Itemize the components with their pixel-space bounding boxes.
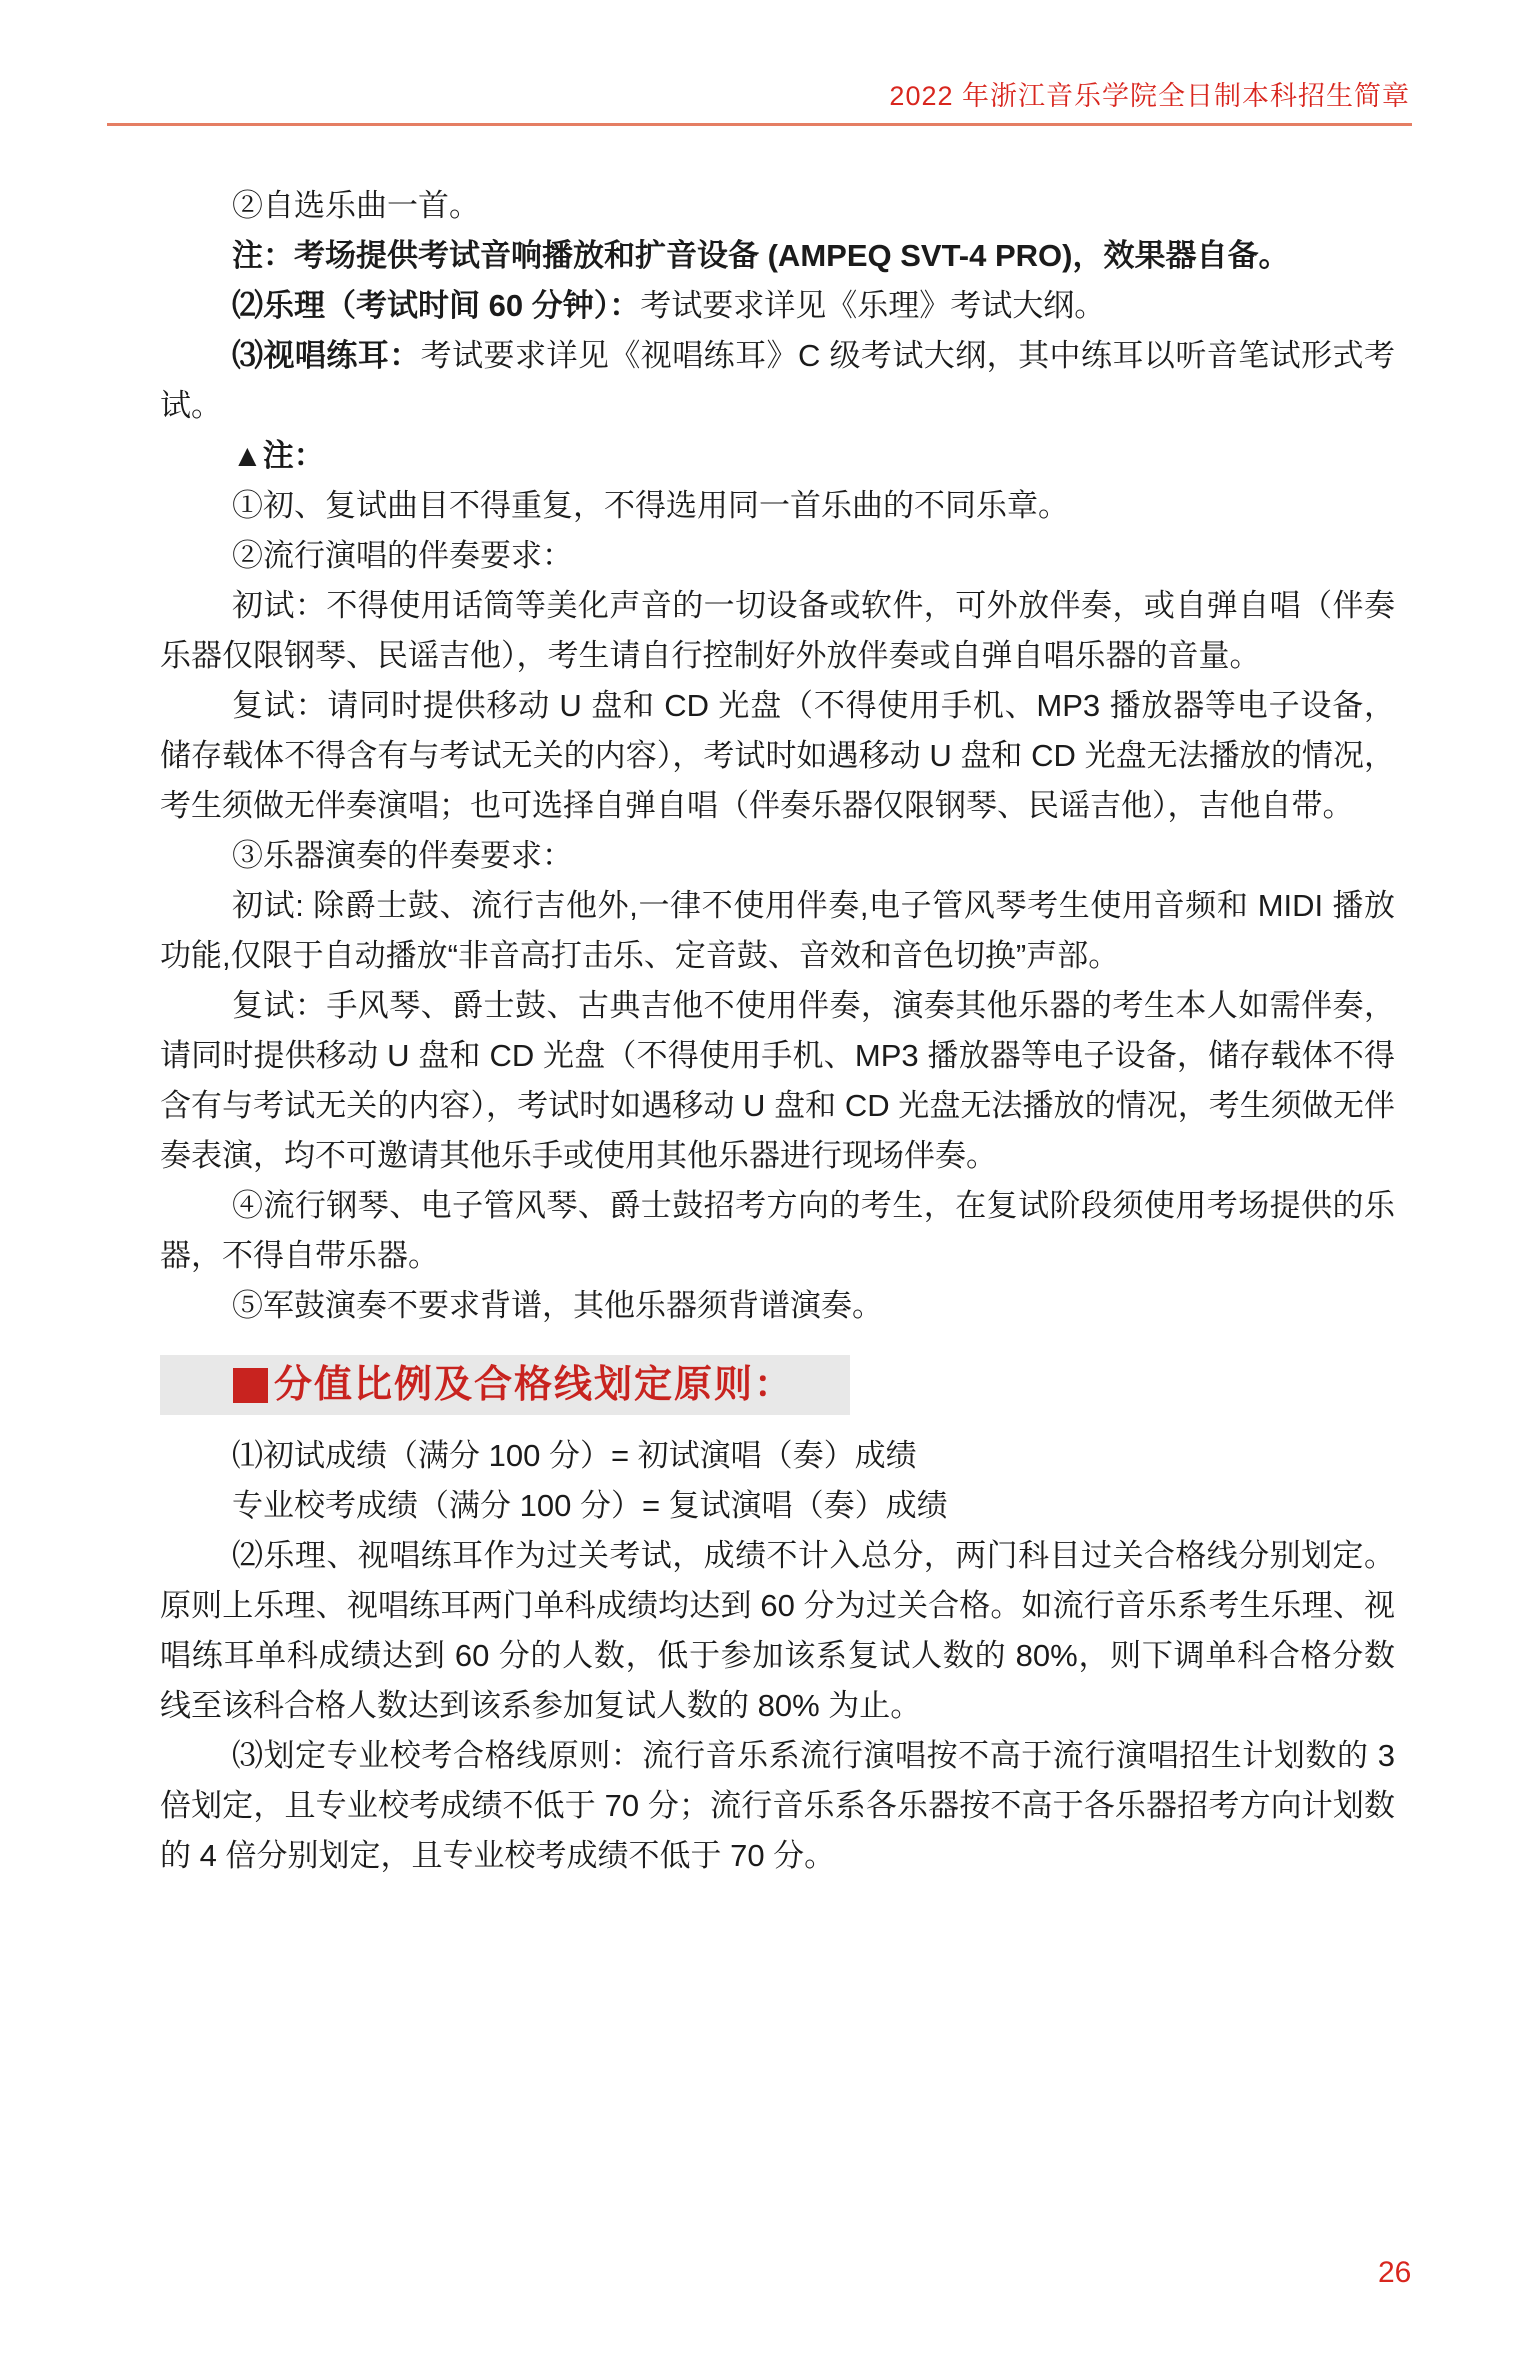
- page-header-title: 2022 年浙江音乐学院全日制本科招生简章: [889, 74, 1410, 113]
- document-body: ②自选乐曲一首。 注：考场提供考试音响播放和扩音设备 (AMPEQ SVT-4 …: [160, 181, 1395, 1881]
- paragraph: ⑶视唱练耳：考试要求详见《视唱练耳》C 级考试大纲，其中练耳以听音笔试形式考试。: [160, 331, 1395, 431]
- section-body: ⑴初试成绩（满分 100 分）= 初试演唱（奏）成绩 专业校考成绩（满分 100…: [160, 1431, 1395, 1881]
- paragraph: 复试：手风琴、爵士鼓、古典吉他不使用伴奏，演奏其他乐器的考生本人如需伴奏，请同时…: [160, 981, 1395, 1181]
- paragraph: 初试：不得使用话筒等美化声音的一切设备或软件，可外放伴奏，或自弹自唱（伴奏乐器仅…: [160, 581, 1395, 681]
- triangle-note-icon: ▲: [232, 438, 263, 473]
- paragraph: ⑵乐理（考试时间 60 分钟）：考试要求详见《乐理》考试大纲。: [160, 281, 1395, 331]
- paragraph: ⑴初试成绩（满分 100 分）= 初试演唱（奏）成绩: [160, 1431, 1395, 1481]
- section-title: 分值比例及合格线划定原则：: [274, 1360, 794, 1410]
- paragraph: ②自选乐曲一首。: [160, 181, 1395, 231]
- paragraph: ③乐器演奏的伴奏要求：: [160, 831, 1395, 881]
- header-rule-divider: [107, 123, 1412, 126]
- paragraph-note: 注：考场提供考试音响播放和扩音设备 (AMPEQ SVT-4 PRO)，效果器自…: [160, 231, 1395, 281]
- paragraph-note-header: ▲注：: [160, 431, 1395, 481]
- paragraph: ⑶划定专业校考合格线原则：流行音乐系流行演唱按不高于流行演唱招生计划数的 3 倍…: [160, 1731, 1395, 1881]
- paragraph: 初试: 除爵士鼓、流行吉他外,一律不使用伴奏,电子管风琴考生使用音频和 MIDI…: [160, 881, 1395, 981]
- document-page: 2022 年浙江音乐学院全日制本科招生简章 ②自选乐曲一首。 注：考场提供考试音…: [0, 0, 1535, 2362]
- paragraph: ⑵乐理、视唱练耳作为过关考试，成绩不计入总分，两门科目过关合格线分别划定。原则上…: [160, 1531, 1395, 1731]
- paragraph: ⑤军鼓演奏不要求背谱，其他乐器须背谱演奏。: [160, 1281, 1395, 1331]
- red-square-icon: [233, 1368, 268, 1403]
- paragraph: ④流行钢琴、电子管风琴、爵士鼓招考方向的考生，在复试阶段须使用考场提供的乐器，不…: [160, 1181, 1395, 1281]
- paragraph: 专业校考成绩（满分 100 分）= 复试演唱（奏）成绩: [160, 1481, 1395, 1531]
- paragraph: ②流行演唱的伴奏要求：: [160, 531, 1395, 581]
- section-heading-bar: 分值比例及合格线划定原则：: [160, 1355, 850, 1415]
- paragraph: 复试：请同时提供移动 U 盘和 CD 光盘（不得使用手机、MP3 播放器等电子设…: [160, 681, 1395, 831]
- paragraph: ①初、复试曲目不得重复，不得选用同一首乐曲的不同乐章。: [160, 481, 1395, 531]
- page-number: 26: [1378, 2256, 1411, 2290]
